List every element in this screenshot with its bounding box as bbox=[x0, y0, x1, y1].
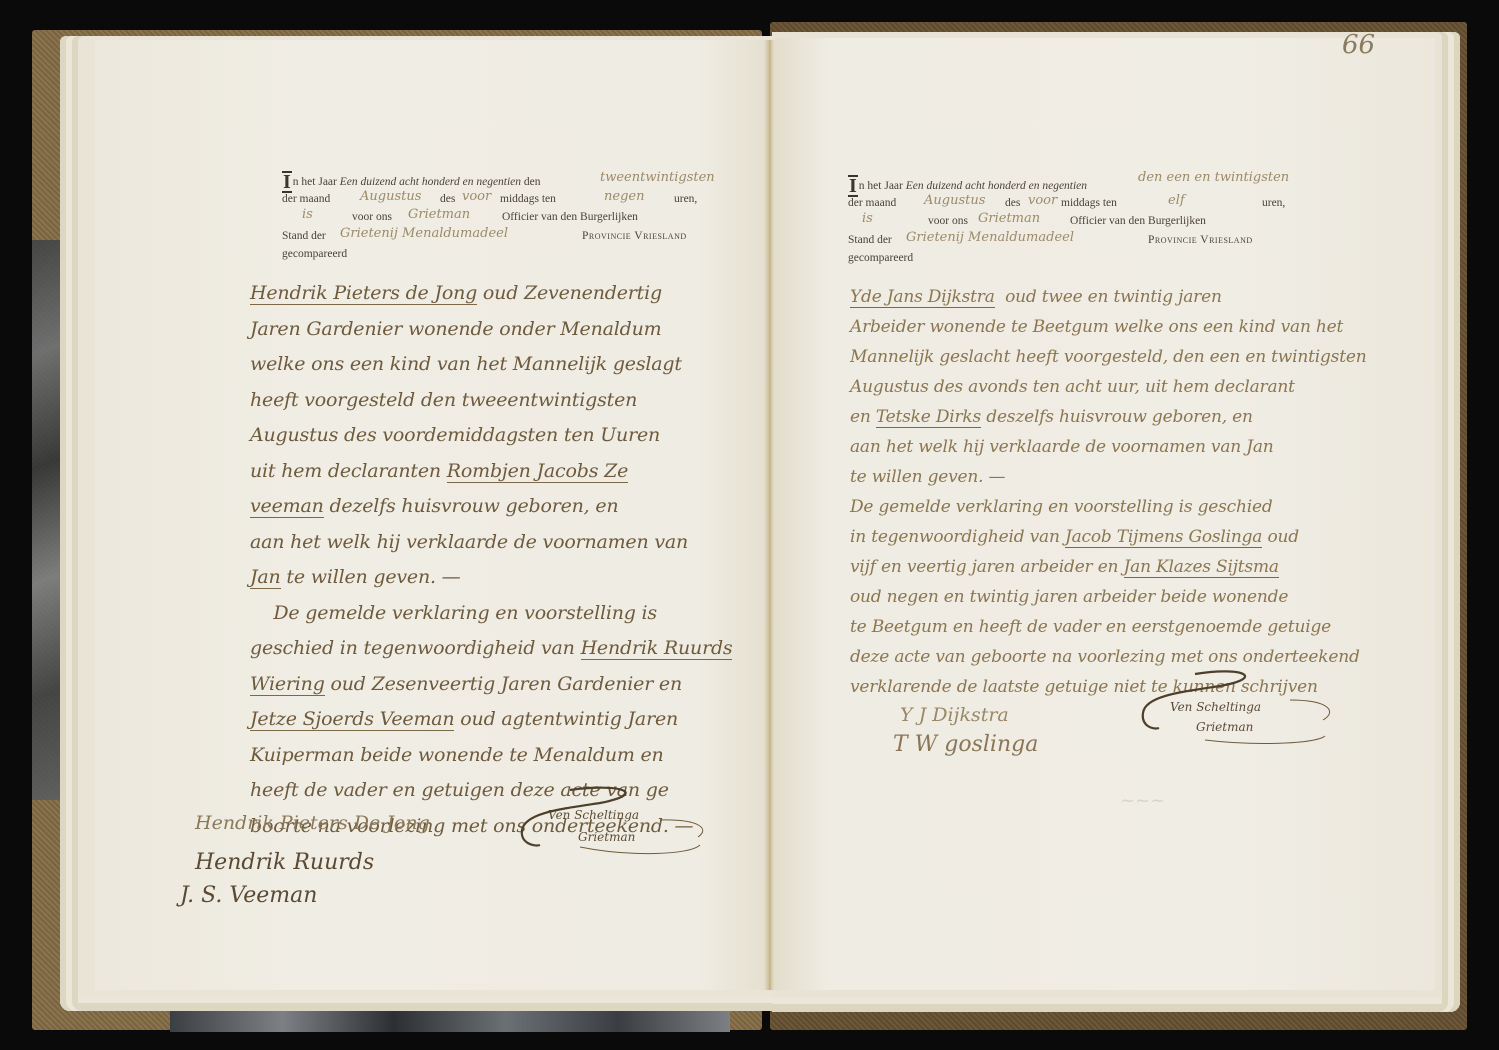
right-handwritten-record: Yde Jans Dijkstra oud twee en twintig ja… bbox=[850, 282, 1366, 702]
handwritten-month: Augustus bbox=[924, 192, 985, 210]
mother-name: Tetske Dirks bbox=[876, 407, 981, 428]
form-line-month: der maand Augustus des voor middags ten … bbox=[282, 190, 722, 209]
witness-name: Jacob Tijmens Goslinga bbox=[1065, 527, 1262, 548]
handwritten-title: Grietman bbox=[978, 210, 1040, 228]
province-label: Provincie Vriesland bbox=[1148, 231, 1253, 249]
witness-name: Jan Klazes Sijtsma bbox=[1124, 557, 1279, 578]
right-printed-form: In het Jaar Een duizend acht honderd en … bbox=[848, 175, 1288, 268]
witness-name: Hendrik Ruurds bbox=[581, 637, 733, 660]
official-flourish-icon bbox=[510, 785, 720, 860]
form-line-year: In het Jaar Een duizend acht honderd en … bbox=[282, 171, 722, 190]
handwritten-hour: negen bbox=[604, 188, 644, 206]
scan-background: 66 In het Jaar Een duizend acht honderd … bbox=[0, 0, 1499, 1050]
marbled-edge-bottom bbox=[170, 1010, 730, 1032]
signature-witness-1: T W goslinga bbox=[893, 732, 1038, 757]
form-line-gecompareerd: gecompareerd bbox=[848, 249, 1288, 268]
signature-father: Y J Dijkstra bbox=[900, 704, 1009, 726]
handwritten-month: Augustus bbox=[360, 188, 421, 206]
left-handwritten-record: Hendrik Pieters de Jong oud Zevenenderti… bbox=[250, 276, 732, 844]
mother-name: Rombjen Jacobs Ze bbox=[447, 460, 628, 483]
form-line-gecompareerd: gecompareerd bbox=[282, 245, 722, 264]
form-line-stand: Stand der Grietenij Menaldumadeel Provin… bbox=[282, 227, 722, 246]
witness-name: Jetze Sjoerds Veeman bbox=[250, 708, 454, 731]
father-name: Yde Jans Dijkstra bbox=[850, 287, 995, 308]
handwritten-day: den een en twintigsten bbox=[1138, 169, 1289, 187]
handwritten-municipality: Grietenij Menaldumadeel bbox=[906, 229, 1074, 247]
signature-father: Hendrik Pieters De Jong bbox=[195, 812, 430, 834]
printed-year: Een duizend acht honderd en negentien bbox=[906, 180, 1087, 192]
form-line-year: In het Jaar Een duizend acht honderd en … bbox=[848, 175, 1288, 194]
child-name: Jan bbox=[250, 566, 281, 589]
handwritten-day: tweentwintigsten bbox=[600, 169, 715, 187]
folio-number: 66 bbox=[1342, 30, 1375, 60]
handwritten-municipality: Grietenij Menaldumadeel bbox=[340, 225, 508, 243]
left-printed-form: In het Jaar Een duizend acht honderd en … bbox=[282, 171, 722, 264]
signature-witness-2: J. S. Veeman bbox=[180, 883, 317, 908]
form-line-stand: Stand der Grietenij Menaldumadeel Provin… bbox=[848, 231, 1288, 250]
official-flourish-icon bbox=[1125, 668, 1345, 748]
form-line-month: der maand Augustus des voor middags ten … bbox=[848, 194, 1288, 213]
handwritten-title: Grietman bbox=[408, 206, 470, 224]
signature-witness-1: Hendrik Ruurds bbox=[195, 850, 374, 875]
printed-year: Een duizend acht honderd en negentien bbox=[340, 176, 521, 188]
bleed-through-text: ~~~ bbox=[1120, 790, 1165, 811]
province-label: Provincie Vriesland bbox=[582, 227, 687, 245]
handwritten-hour: elf bbox=[1168, 192, 1185, 210]
